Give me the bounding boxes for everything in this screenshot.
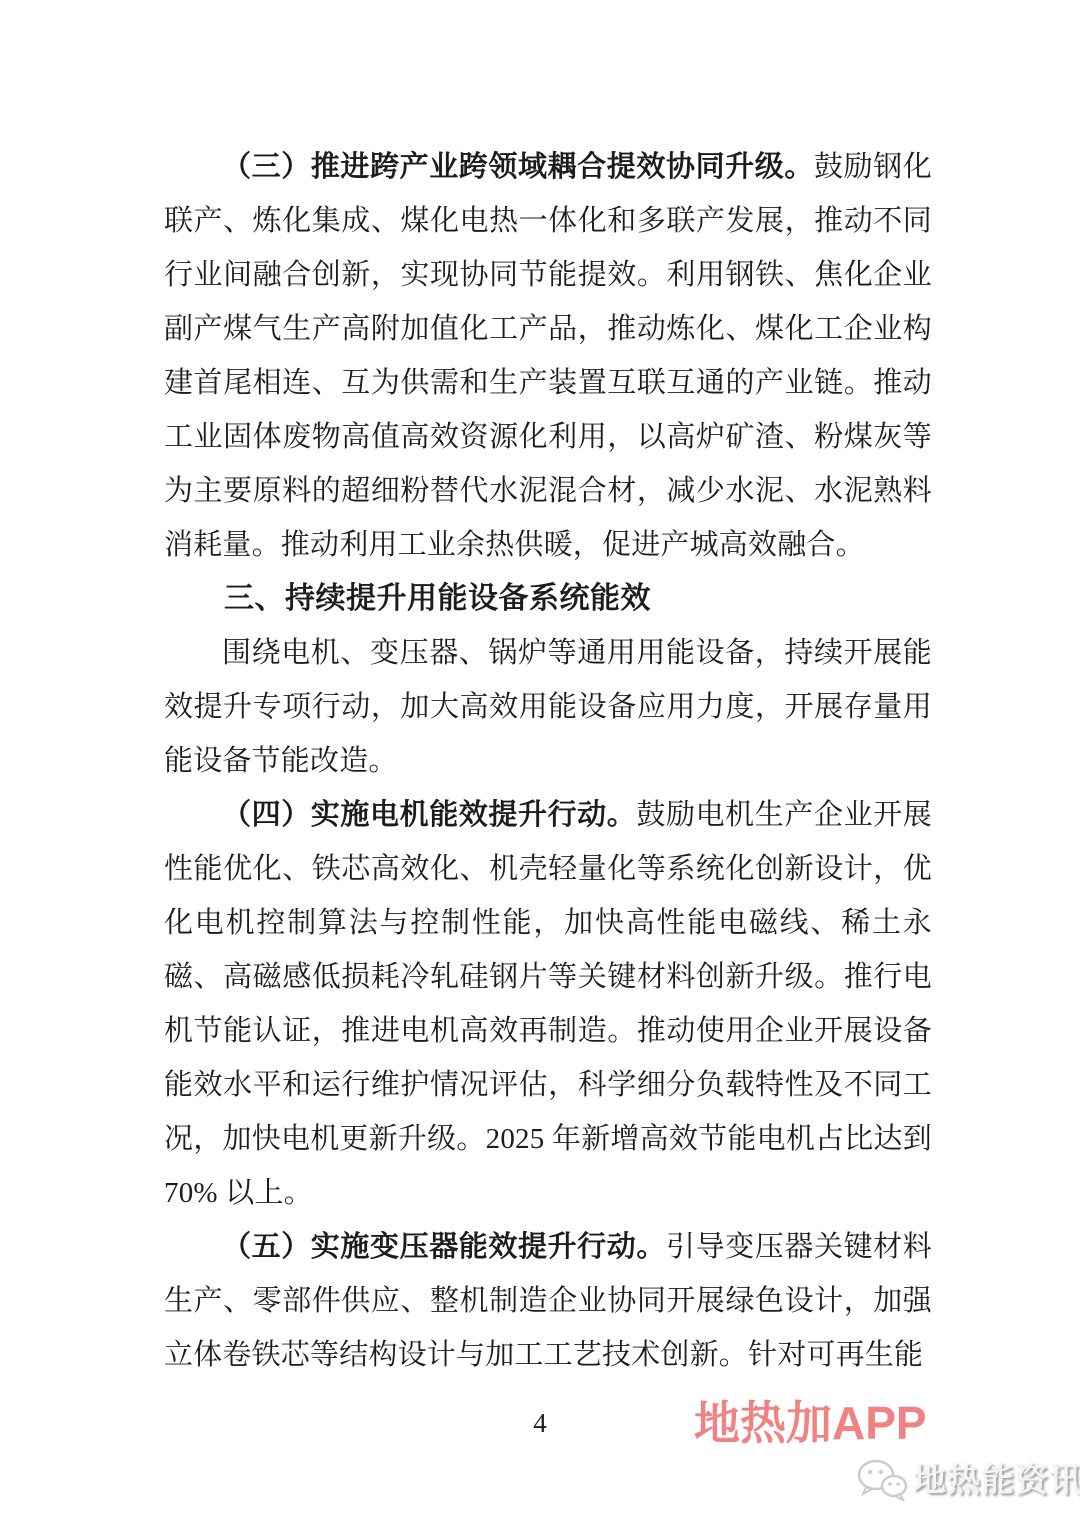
publisher-name: 地热能资讯 — [913, 1458, 1080, 1502]
paragraph-4-lead: （四）实施电机能效提升行动。 — [222, 799, 636, 831]
publisher-logo: 地热能资讯 — [856, 1458, 1080, 1502]
paragraph-intro: 围绕电机、变压器、锅炉等通用用能设备，持续开展能效提升专项行动，加大高效用能设备… — [164, 626, 932, 788]
paragraph-5-lead: （五）实施变压器能效提升行动。 — [222, 1231, 666, 1263]
paragraph-section-3: （三）推进跨产业跨领域耦合提效协同升级。鼓励钢化联产、炼化集成、煤化电热一体化和… — [164, 140, 932, 572]
document-body: （三）推进跨产业跨领域耦合提效协同升级。鼓励钢化联产、炼化集成、煤化电热一体化和… — [164, 140, 932, 1382]
wechat-icon — [856, 1458, 908, 1502]
paragraph-section-5: （五）实施变压器能效提升行动。引导变压器关键材料生产、零部件供应、整机制造企业协… — [164, 1220, 932, 1382]
watermark-app-label: 地热加APP — [694, 1393, 927, 1453]
paragraph-3-lead: （三）推进跨产业跨领域耦合提效协同升级。 — [222, 151, 814, 183]
paragraph-section-4: （四）实施电机能效提升行动。鼓励电机生产企业开展性能优化、铁芯高效化、机壳轻量化… — [164, 788, 932, 1220]
paragraph-4-text: 鼓励电机生产企业开展性能优化、铁芯高效化、机壳轻量化等系统化创新设计，优化电机控… — [164, 799, 932, 1209]
document-page: （三）推进跨产业跨领域耦合提效协同升级。鼓励钢化联产、炼化集成、煤化电热一体化和… — [0, 0, 1080, 1527]
section-heading-3: 三、持续提升用能设备系统能效 — [164, 572, 932, 626]
paragraph-3-text: 鼓励钢化联产、炼化集成、煤化电热一体化和多联产发展，推动不同行业间融合创新，实现… — [164, 151, 932, 561]
